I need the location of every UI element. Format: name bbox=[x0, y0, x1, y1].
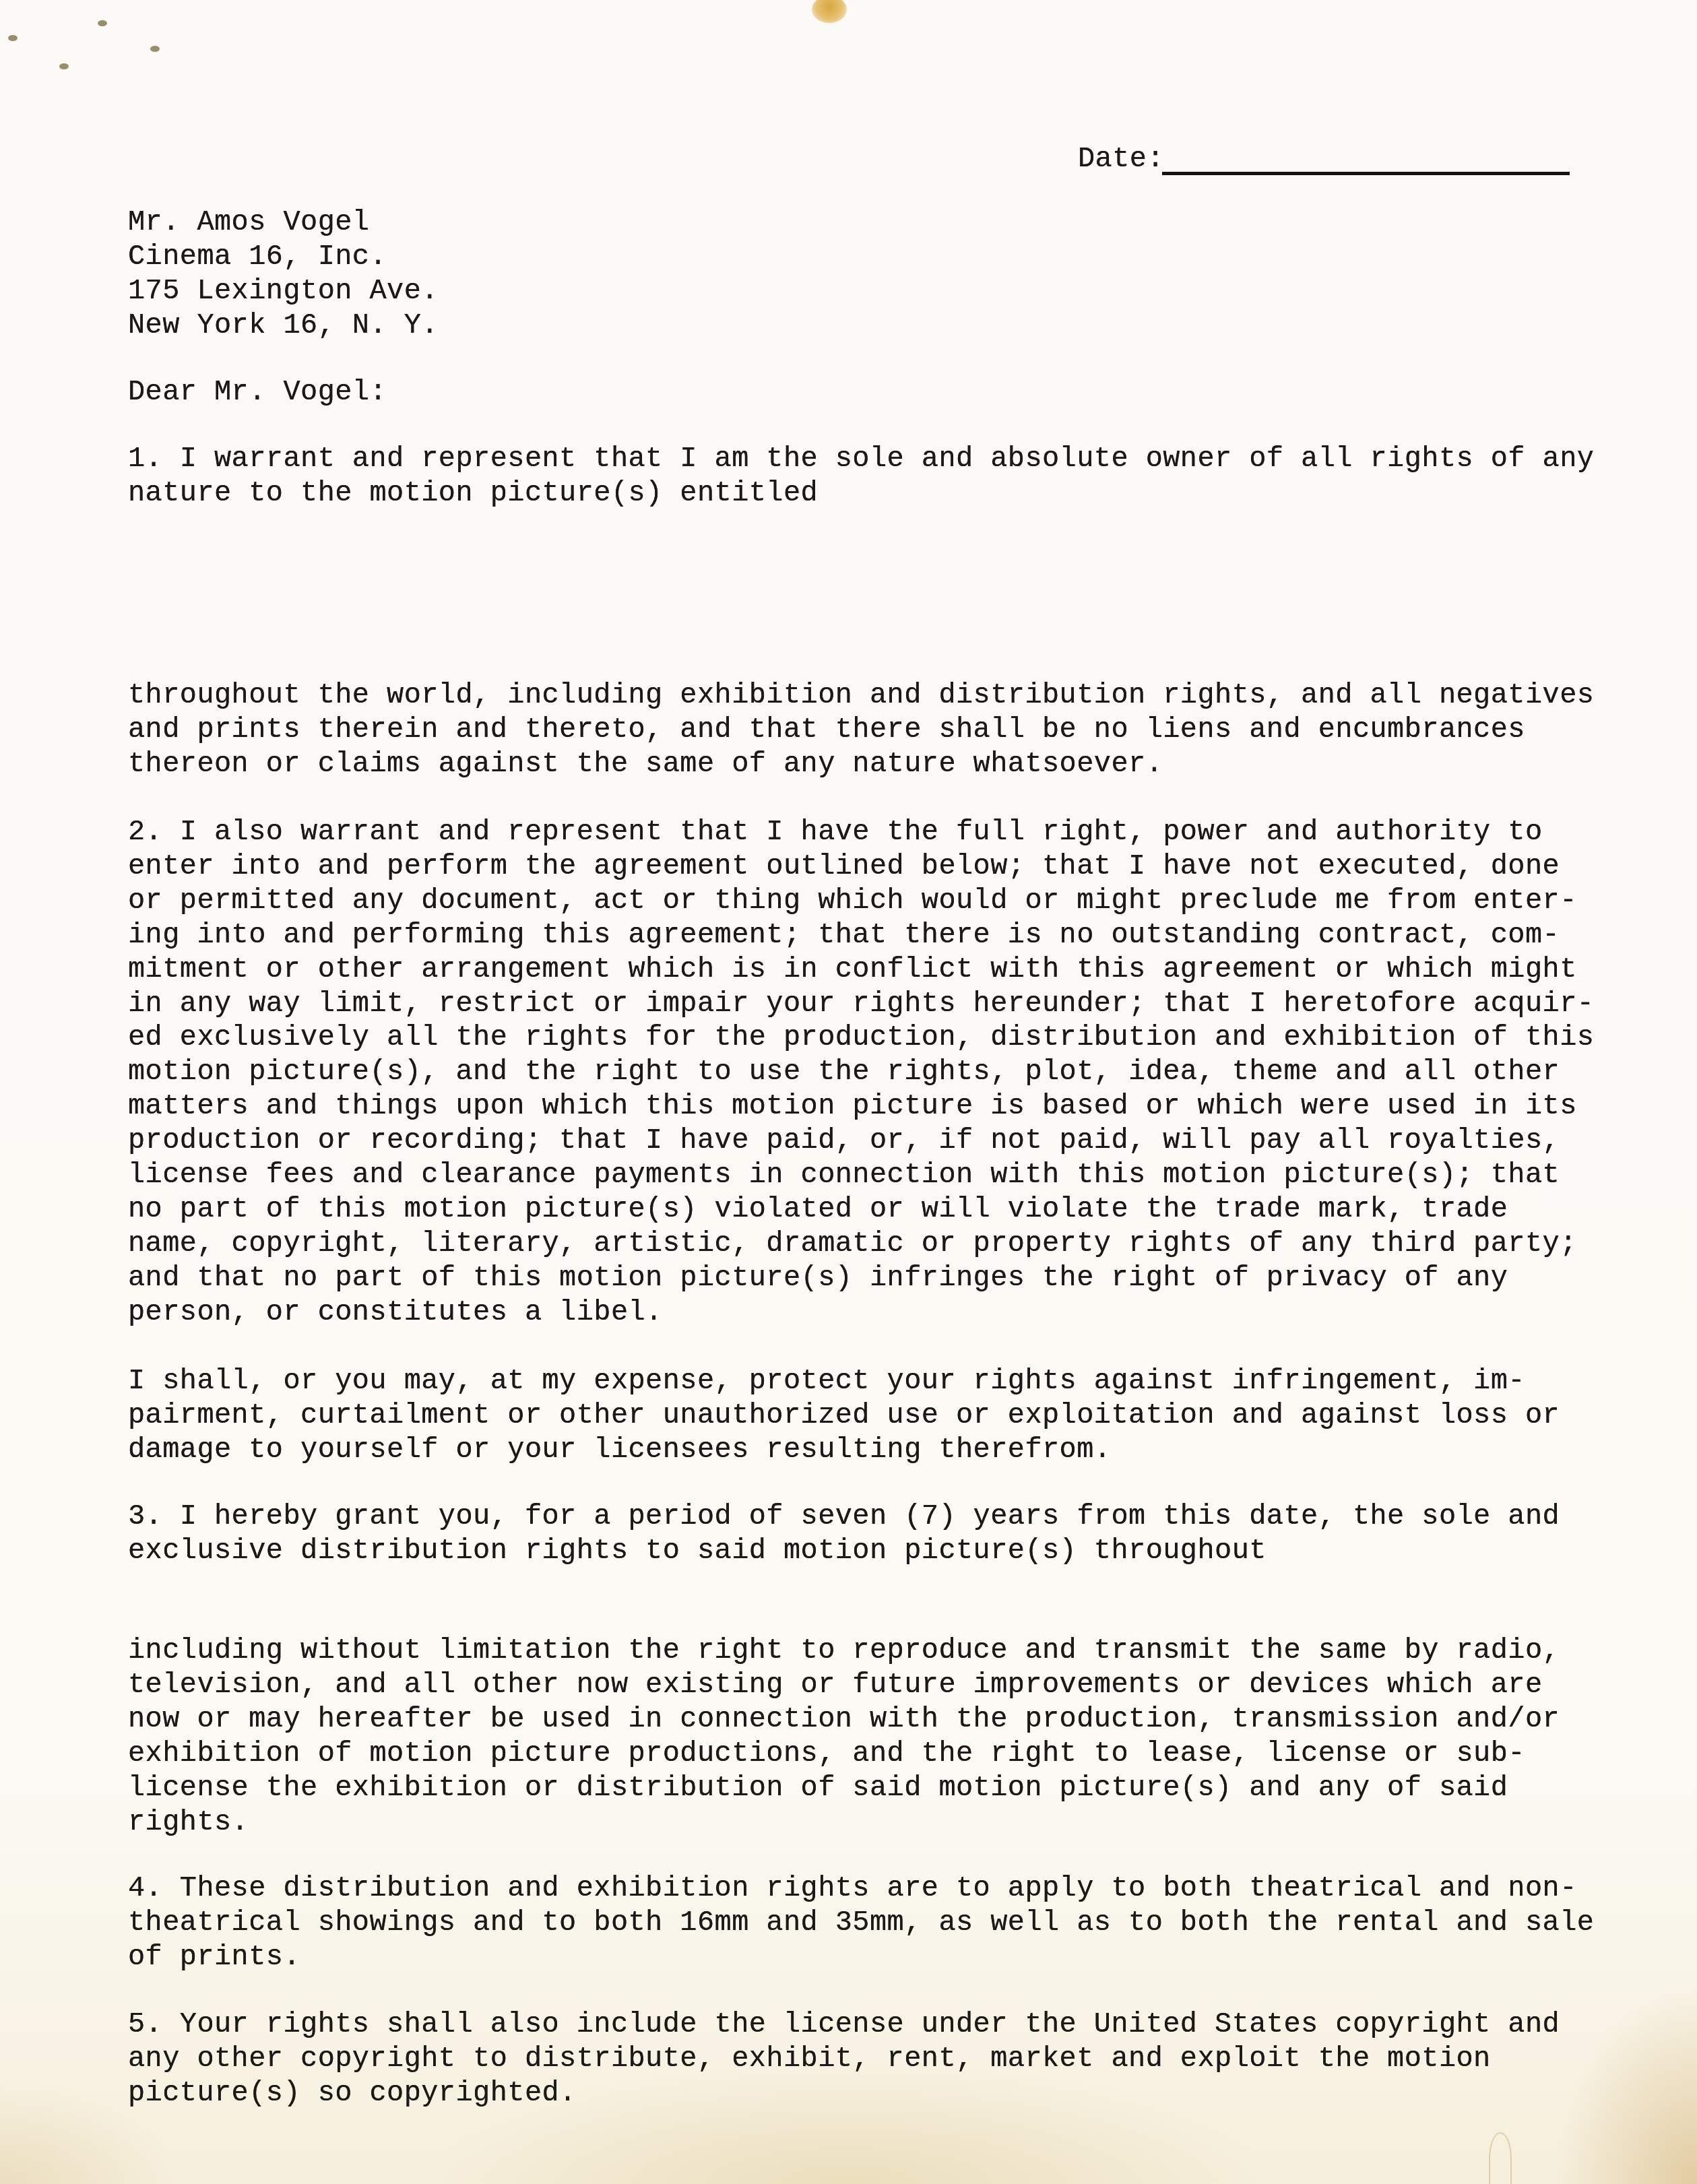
paragraph-2-line: ed exclusively all the rights for the pr… bbox=[128, 1021, 1594, 1054]
paragraph-5-line: picture(s) so copyrighted. bbox=[128, 2077, 577, 2109]
address-line: Mr. Amos Vogel bbox=[128, 206, 369, 238]
paragraph-4-line: 4. These distribution and exhibition rig… bbox=[128, 1872, 1577, 1904]
paragraph-3-line: including without limitation the right t… bbox=[128, 1634, 1560, 1667]
paragraph-4-line: theatrical showings and to both 16mm and… bbox=[128, 1906, 1594, 1939]
paragraph-2b-line: damage to yourself or your licensees res… bbox=[128, 1434, 1111, 1466]
stain-mark bbox=[812, 0, 847, 23]
paragraph-2-line: ing into and performing this agreement; … bbox=[128, 919, 1560, 951]
address-line: New York 16, N. Y. bbox=[128, 309, 439, 342]
paragraph-2-line: 2. I also warrant and represent that I h… bbox=[128, 816, 1543, 848]
paragraph-3-line: television, and all other now existing o… bbox=[128, 1669, 1543, 1701]
paragraph-2-line: license fees and clearance payments in c… bbox=[128, 1159, 1560, 1191]
paragraph-4-line: of prints. bbox=[128, 1941, 300, 1973]
paragraph-2-line: and that no part of this motion picture(… bbox=[128, 1262, 1508, 1294]
paragraph-2-line: matters and things upon which this motio… bbox=[128, 1090, 1577, 1122]
staple-hole bbox=[8, 35, 18, 41]
paragraph-1-line: nature to the motion picture(s) entitled bbox=[128, 477, 818, 509]
paragraph-2-line: enter into and perform the agreement out… bbox=[128, 850, 1560, 882]
paragraph-3-line: now or may hereafter be used in connecti… bbox=[128, 1703, 1560, 1735]
paragraph-2-line: or permitted any document, act or thing … bbox=[128, 885, 1577, 917]
salutation: Dear Mr. Vogel: bbox=[128, 376, 387, 408]
date-label: Date: bbox=[1078, 143, 1164, 175]
paragraph-2-line: production or recording; that I have pai… bbox=[128, 1124, 1560, 1157]
paragraph-1-line: thereon or claims against the same of an… bbox=[128, 748, 1163, 780]
paragraph-3-line: rights. bbox=[128, 1806, 249, 1838]
paragraph-3-line: 3. I hereby grant you, for a period of s… bbox=[128, 1500, 1560, 1533]
paragraph-2-line: no part of this motion picture(s) violat… bbox=[128, 1193, 1508, 1225]
paragraph-1-line: 1. I warrant and represent that I am the… bbox=[128, 443, 1594, 475]
date-signature-line[interactable] bbox=[1162, 172, 1570, 175]
paragraph-2-line: in any way limit, restrict or impair you… bbox=[128, 988, 1594, 1020]
paragraph-2b-line: I shall, or you may, at my expense, prot… bbox=[128, 1365, 1525, 1397]
paragraph-2-line: motion picture(s), and the right to use … bbox=[128, 1056, 1560, 1088]
paragraph-5-line: 5. Your rights shall also include the li… bbox=[128, 2008, 1560, 2041]
paper-sheet: Date: Mr. Amos VogelCinema 16, Inc.175 L… bbox=[0, 0, 1697, 2184]
paragraph-1-line: and prints therein and thereto, and that… bbox=[128, 713, 1525, 746]
staple-hole bbox=[59, 63, 69, 69]
staple-hole bbox=[150, 46, 160, 52]
paragraph-3-line: exhibition of motion picture productions… bbox=[128, 1737, 1525, 1770]
paragraph-2b-line: pairment, curtailment or other unauthori… bbox=[128, 1399, 1560, 1432]
paragraph-2-line: mitment or other arrangement which is in… bbox=[128, 953, 1577, 986]
water-stain bbox=[1489, 2132, 1512, 2184]
address-line: 175 Lexington Ave. bbox=[128, 275, 439, 307]
paragraph-3-line: exclusive distribution rights to said mo… bbox=[128, 1535, 1267, 1567]
paragraph-1-line: throughout the world, including exhibiti… bbox=[128, 679, 1594, 711]
paragraph-2-line: name, copyright, literary, artistic, dra… bbox=[128, 1227, 1577, 1260]
paragraph-3-line: license the exhibition or distribution o… bbox=[128, 1772, 1508, 1804]
address-line: Cinema 16, Inc. bbox=[128, 240, 387, 273]
paragraph-2-line: person, or constitutes a libel. bbox=[128, 1296, 663, 1328]
paragraph-5-line: any other copyright to distribute, exhib… bbox=[128, 2043, 1491, 2075]
staple-hole bbox=[98, 20, 107, 26]
